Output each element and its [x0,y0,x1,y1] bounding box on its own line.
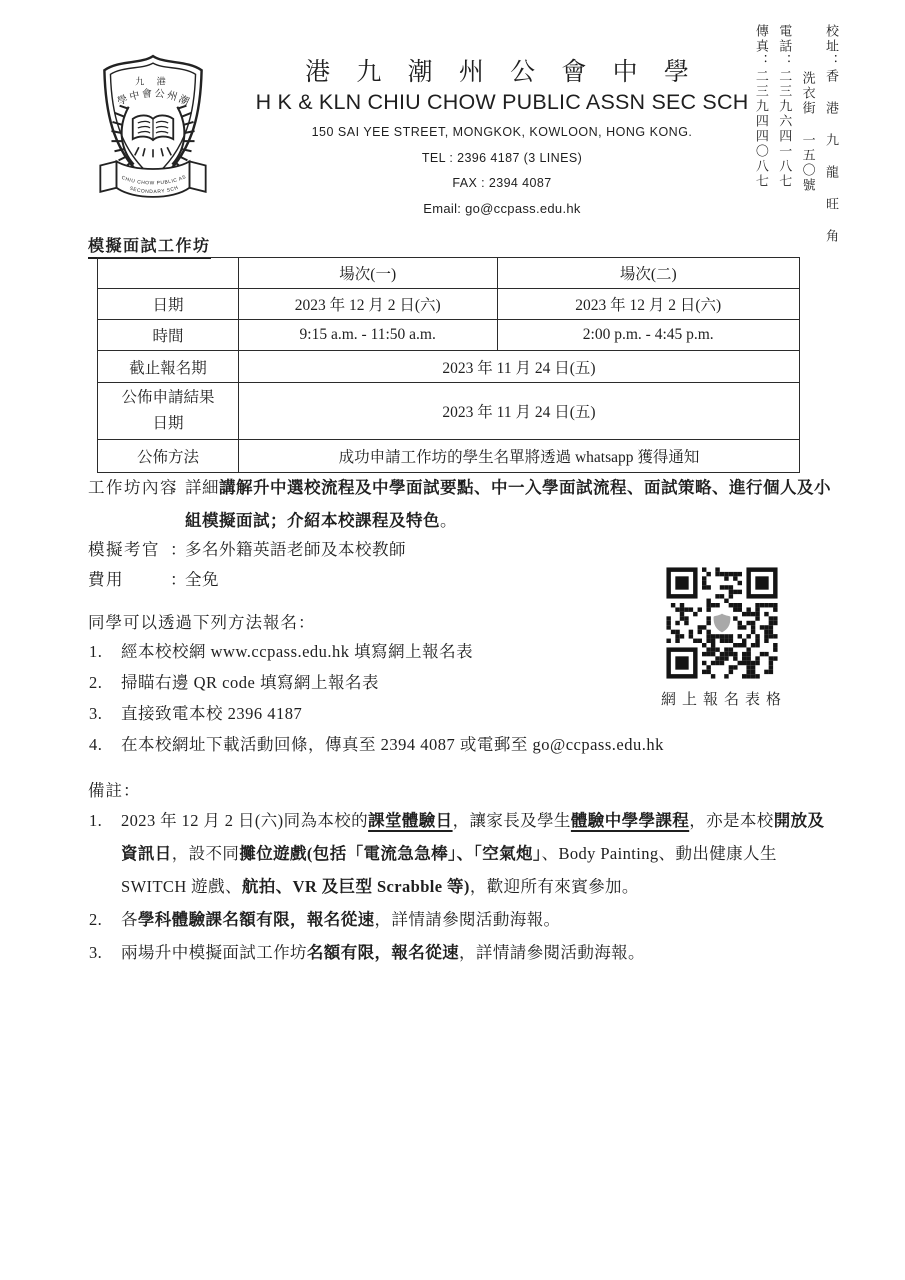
workshop-section-title: 模擬面試工作坊 [88,233,211,259]
crest-arc-text: 學中會公州潮 [116,86,194,109]
remark-text: 兩場升中模擬面試工作坊名額有限，報名從速，詳情請參閱活動海報。 [121,943,645,962]
result-value-cell: 2023 年 11 月 24 日(五) [238,383,799,440]
signup-item-4: 4.在本校網址下載活動回條，傳真至 2394 4087 或電郵至 go@ccpa… [88,733,788,757]
remarks-list: 1.2023 年 12 月 2 日(六)同為本校的課堂體驗日，讓家長及學生體驗中… [88,804,838,969]
qr-label: 網上報名表格 [654,688,794,709]
workshop-content-line: 工作坊內容：詳細講解升中選校流程及中學面試要點、中一入學面試流程、面試策略、進行… [88,471,838,537]
examiner-label: 模擬考官 [88,533,160,566]
school-tel-zh: 電話：二三九六四一八七 [773,24,796,249]
item-text: 掃瞄右邊 QR code 填寫網上報名表 [121,673,379,692]
remark-text: 2023 年 12 月 2 日(六)同為本校的課堂體驗日，讓家長及學生體驗中學學… [121,811,824,896]
school-name-zh: 港 九 潮 州 公 會 中 學 [228,52,776,88]
mock-examiner-line: 模擬考官：多名外籍英語老師及本校教師 [88,533,838,566]
school-fax-zh: 傳真：二三九四四〇八七 [749,24,772,249]
remark-text: 各學科體驗課名額有限，報名從速，詳情請參閱活動海報。 [121,910,560,929]
school-name-en: H K & KLN CHIU CHOW PUBLIC ASSN SEC SCH [228,90,776,115]
table-corner-cell [98,258,239,289]
session2-header-cell: 場次(二) [497,258,800,289]
examiner-text: 多名外籍英語老師及本校教師 [185,540,406,559]
item-number: 3. [89,702,102,726]
school-address-zh-col2: 洗衣街 一五〇號 [796,24,819,249]
school-tel: TEL : 2396 4187 (3 LINES) [228,151,776,165]
signup-intro: 同學可以透過下列方法報名： [88,609,316,633]
method-value-cell: 成功申請工作坊的學生名單將透過 whatsapp 獲得通知 [238,440,799,473]
remark-item-1: 1.2023 年 12 月 2 日(六)同為本校的課堂體驗日，讓家長及學生體驗中… [88,804,838,903]
qr-code-icon [662,563,782,683]
document-page: 九 港 學中會公州潮 [0,0,905,1280]
vertical-contact-block: 校址：香 港 九 龍 旺 角 洗衣街 一五〇號 電話：二三九六四一八七 傳真：二… [749,24,843,249]
date-session1-cell: 2023 年 12 月 2 日(六) [238,289,497,320]
table-row-date: 日期 2023 年 12 月 2 日(六) 2023 年 12 月 2 日(六) [98,289,800,320]
content-label: 工作坊內容 [88,471,178,504]
time-session2-cell: 2:00 p.m. - 4:45 p.m. [497,320,800,351]
remark-item-3: 3.兩場升中模擬面試工作坊名額有限，報名從速，詳情請參閱活動海報。 [88,936,838,969]
school-address-zh-col1: 校址：香 港 九 龍 旺 角 [820,24,843,249]
time-label-cell: 時間 [98,320,239,351]
school-fax: FAX : 2394 4087 [228,176,776,190]
content-text: 詳細講解升中選校流程及中學面試要點、中一入學面試流程、面試策略、進行個人及小組模… [185,478,831,530]
session1-header-cell: 場次(一) [238,258,497,289]
date-session2-cell: 2023 年 12 月 2 日(六) [497,289,800,320]
fee-text: 全免 [185,570,219,589]
deadline-value-cell: 2023 年 11 月 24 日(五) [238,351,799,383]
table-row-time: 時間 9:15 a.m. - 11:50 a.m. 2:00 p.m. - 4:… [98,320,800,351]
fee-label: 費用 [88,563,124,596]
item-number: 1. [89,640,102,664]
workshop-table: 場次(一) 場次(二) 日期 2023 年 12 月 2 日(六) 2023 年… [97,257,800,473]
item-number: 2. [89,671,102,695]
item-number: 3. [89,936,102,969]
qr-code-block: 網上報名表格 [650,563,794,709]
method-label-cell: 公佈方法 [98,440,239,473]
item-text: 在本校網址下載活動回條，傳真至 2394 4087 或電郵至 go@ccpass… [121,735,664,754]
item-number: 4. [89,733,102,757]
table-row-result-date: 公佈申請結果日期 2023 年 11 月 24 日(五) [98,383,800,440]
deadline-label-cell: 截止報名期 [98,351,239,383]
school-email: Email: go@ccpass.edu.hk [228,201,776,216]
remarks-title: 備註： [88,777,141,801]
item-text: 直接致電本校 2396 4187 [121,704,302,723]
crest-top-text: 九 港 [135,75,171,86]
item-number: 2. [89,903,102,936]
table-row-announce-method: 公佈方法 成功申請工作坊的學生名單將透過 whatsapp 獲得通知 [98,440,800,473]
examiner-colon: ： [170,533,187,566]
result-label-cell: 公佈申請結果日期 [98,383,239,440]
school-crest-icon: 九 港 學中會公州潮 [92,50,214,208]
school-address-en: 150 SAI YEE STREET, MONGKOK, KOWLOON, HO… [228,125,776,139]
fee-colon: ： [170,563,187,596]
school-crest-logo: 九 港 學中會公州潮 [92,50,214,208]
item-number: 1. [89,804,102,837]
time-session1-cell: 9:15 a.m. - 11:50 a.m. [238,320,497,351]
table-header-row: 場次(一) 場次(二) [98,258,800,289]
item-text: 經本校校網 www.ccpass.edu.hk 填寫網上報名表 [121,642,473,661]
open-book-icon [133,115,174,157]
qr-center-logo [712,612,732,634]
table-row-deadline: 截止報名期 2023 年 11 月 24 日(五) [98,351,800,383]
remark-item-2: 2.各學科體驗課名額有限，報名從速，詳情請參閱活動海報。 [88,903,838,936]
date-label-cell: 日期 [98,289,239,320]
content-colon: ： [170,471,187,504]
letterhead: 港 九 潮 州 公 會 中 學 H K & KLN CHIU CHOW PUBL… [228,52,776,216]
